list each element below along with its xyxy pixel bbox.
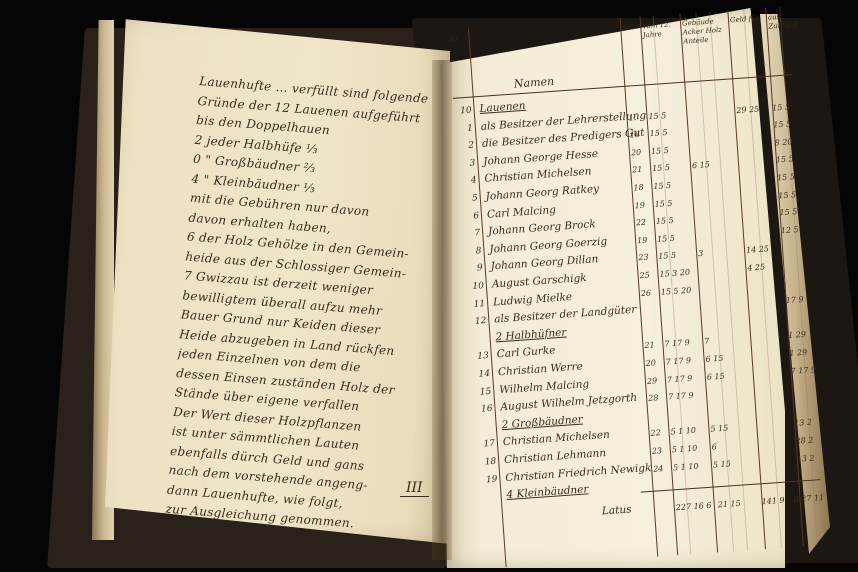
row-value: 20 — [645, 358, 656, 368]
row-number: 10 — [468, 281, 485, 292]
row-value: 15 5 — [772, 102, 790, 112]
row-value: 6 15 — [692, 160, 710, 170]
row-value: 7 — [704, 337, 710, 346]
row-value: 28 — [648, 393, 659, 403]
row-value: 17 9 — [785, 295, 803, 305]
row-value: 13 2 — [794, 418, 812, 428]
row-number: 13 — [473, 351, 490, 362]
row-value: 5 15 — [710, 424, 728, 434]
row-name: Lauenen — [479, 100, 526, 115]
col-header-nr: Nr. — [448, 34, 479, 45]
row-value: 15 5 — [648, 111, 666, 121]
row-value: 26 — [641, 288, 652, 298]
row-number: 19 — [481, 474, 498, 485]
row-value: 13 2 — [796, 453, 814, 463]
row-value: 21 — [644, 341, 655, 351]
row-number: 2 — [458, 141, 475, 152]
row-value: 5 1 10 — [672, 444, 698, 455]
row-value: 28 2 — [795, 436, 813, 446]
row-value: 1. — [628, 113, 636, 123]
ledger-table: Nr. Namen Nr. Vom 12. Jahre Gebäude Acke… — [448, 7, 814, 559]
row-value: 20 — [631, 148, 642, 158]
row-number: 4 — [460, 176, 477, 187]
row-value: 1 29 — [788, 330, 806, 340]
total-value: 21 15 — [717, 499, 740, 510]
page-signature-mark: III — [400, 480, 429, 497]
row-number: 15 — [475, 386, 492, 397]
row-name: Carl Malcing — [487, 204, 557, 221]
row-number: 18 — [480, 457, 497, 468]
row-name: Carl Gurke — [496, 345, 555, 361]
row-value: 23 — [652, 446, 663, 456]
row-value: 7 17 9 — [664, 338, 690, 349]
ledger-book-photo: Lauenhufte … verfüllt sind folgende Grün… — [0, 0, 858, 572]
col-header-money: Geld für — [730, 14, 761, 25]
row-value: 7 17 9 — [667, 373, 693, 384]
row-value: 15 3 20 — [659, 268, 690, 279]
row-number: 10 — [455, 106, 472, 117]
row-value: 22 — [636, 218, 647, 228]
row-value: 29 — [647, 376, 658, 386]
row-value: 22 — [650, 429, 661, 439]
row-value: 15 5 — [778, 190, 796, 200]
row-value: 15 5 — [779, 207, 797, 217]
row-number: 9 — [466, 264, 483, 275]
row-value: 19 — [637, 235, 648, 245]
row-name: 2 Halbhüfner — [495, 326, 567, 343]
row-value: 15 5 — [657, 233, 675, 243]
row-value: 23 — [638, 253, 649, 263]
row-value: 15 5 — [773, 119, 791, 129]
row-number — [471, 334, 487, 335]
row-value: 15 5 — [653, 181, 671, 191]
row-value: 12 5 — [780, 225, 798, 235]
row-number: 7 — [464, 228, 481, 239]
row-name: Ludwig Mielke — [493, 291, 573, 308]
left-page-handwriting: Lauenhufte … verfüllt sind folgende Grün… — [165, 72, 449, 539]
row-value: 24 — [653, 464, 664, 474]
row-value: 15 5 — [654, 198, 672, 208]
row-value: 4 25 — [747, 262, 765, 272]
row-number: 14 — [474, 369, 491, 380]
row-number: 11 — [469, 299, 486, 310]
row-number — [482, 492, 498, 493]
row-value: 6 — [711, 442, 717, 451]
total-label: Latus — [602, 503, 632, 517]
row-number: 1 — [457, 123, 474, 134]
total-value: 8 27 11 — [793, 493, 824, 504]
row-value: 14 25 — [746, 245, 769, 256]
col-header-names: Namen — [513, 75, 554, 91]
row-value: 15 5 — [651, 146, 669, 156]
row-value: 15 5 — [652, 163, 670, 173]
col-header-year: Vom 12. Jahre — [642, 20, 673, 40]
row-value: 15 5 — [776, 155, 794, 165]
row-value: 16 — [629, 130, 640, 140]
row-value: 15 5 — [777, 172, 795, 182]
row-value: 18 — [633, 183, 644, 193]
row-value: 7 17 9 — [668, 391, 694, 402]
row-value: 15 5 — [649, 128, 667, 138]
row-value: 7 17 9 — [665, 356, 691, 367]
row-number: 12 — [470, 316, 487, 327]
row-value: 29 25 — [736, 104, 759, 115]
row-value: 5 15 — [713, 459, 731, 469]
row-value: 7 17 9 — [790, 365, 816, 376]
row-value: 8 20 — [774, 137, 792, 147]
total-value: 141 9 — [761, 496, 784, 507]
row-value: 21 — [632, 165, 643, 175]
row-value: 5 1 10 — [670, 426, 696, 437]
row-number — [477, 422, 493, 423]
row-number: 5 — [462, 193, 479, 204]
row-value: 19 — [634, 200, 645, 210]
row-number: 3 — [459, 158, 476, 169]
row-value: 15 5 — [656, 216, 674, 226]
row-value: 3 — [698, 249, 704, 258]
row-number: 8 — [465, 246, 482, 257]
row-value: 25 — [639, 271, 650, 281]
row-number: 6 — [463, 211, 480, 222]
row-value: 15 5 — [658, 251, 676, 261]
col-header-shares: Gebäude Acker Holz Anteile — [682, 17, 728, 47]
col-header-payment: aus Zahlung — [768, 12, 799, 32]
row-value: 15 5 20 — [660, 285, 691, 296]
total-value: 227 16 6 — [676, 501, 712, 512]
row-number: 16 — [476, 404, 493, 415]
row-value: 6 15 — [707, 371, 725, 381]
row-value: 6 15 — [705, 354, 723, 364]
row-value: 1 29 — [789, 348, 807, 358]
row-number: 17 — [479, 439, 496, 450]
row-value: 5 1 10 — [673, 461, 699, 472]
